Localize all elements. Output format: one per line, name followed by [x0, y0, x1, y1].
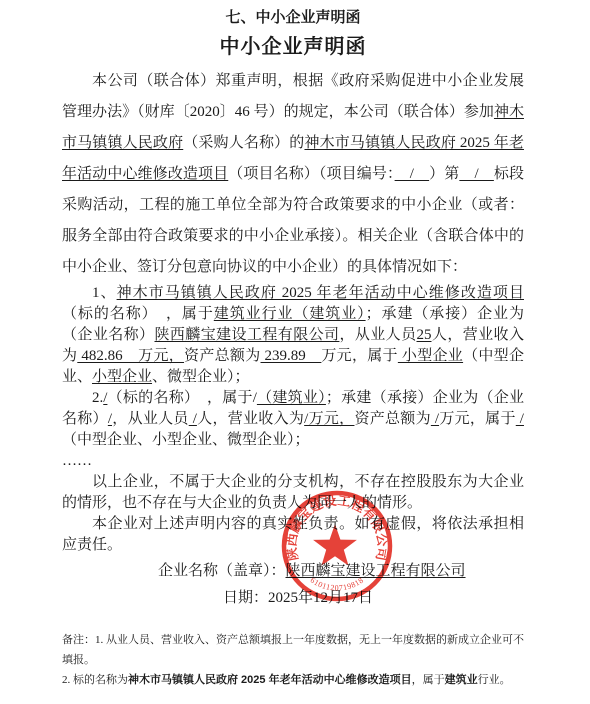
text-run: 备注：1. 从业人员、营业收入、资产总额填报上一年度数据，无上一年度数据的新成立…	[62, 634, 524, 666]
section-heading: 七、中小企业声明函	[62, 6, 524, 30]
paragraph: 以上企业，不属于大企业的分支机构，不存在控股股东为大企业的情形，也不存在与大企业…	[62, 472, 524, 514]
text-run: 482.86 万元，	[77, 348, 184, 364]
text-run: 万元，属于	[321, 348, 397, 364]
declaration-document-page: 七、中小企业声明函 中小企业声明函 本公司（联合体）郑重声明，根据《政府采购促进…	[0, 0, 590, 704]
text-run: （标的名称） ，属于/	[107, 390, 256, 406]
date-value: 日期：2025年12月17日	[223, 590, 373, 606]
text-run: ，从业人员	[339, 327, 416, 343]
text-run: 、微型企业）；	[152, 369, 250, 385]
text-run: /	[431, 411, 439, 427]
text-run: ，从业人员	[112, 411, 189, 427]
text-run: /	[189, 411, 197, 427]
text-run: （采购人名称）的	[183, 135, 304, 151]
text-run: 建筑业	[445, 674, 478, 686]
text-run: 小型企业	[398, 348, 463, 364]
date-line: 日期：2025年12月17日	[62, 586, 524, 610]
text-run: 25	[417, 327, 432, 343]
paragraph: 本企业对上述声明内容的真实性负责。如有虚假，将依法承担相应责任。	[62, 514, 524, 556]
document-body: 本公司（联合体）郑重声明，根据《政府采购促进中小企业发展管理办法》（财库〔202…	[62, 66, 524, 556]
text-run: ）第	[429, 166, 459, 182]
text-run: 本企业对上述声明内容的真实性负责。如有虚假，将依法承担相应责任。	[62, 516, 524, 553]
text-run: 2.	[92, 390, 103, 406]
signature-line: 企业名称（盖章）：陕西麟宝建设工程有限公司	[62, 559, 524, 583]
text-run: 资产总额为	[354, 411, 430, 427]
text-run: （标的名称） ，属于	[62, 306, 214, 322]
paragraph: 2./（标的名称） ，属于/（建筑业）；承建（承接）企业为（企业名称）/，从业人…	[62, 388, 524, 451]
text-run: /	[395, 166, 430, 182]
paragraph: 本公司（联合体）郑重声明，根据《政府采购促进中小企业发展管理办法》（财库〔202…	[62, 66, 524, 283]
paragraph: 备注：1. 从业人员、营业收入、资产总额填报上一年度数据，无上一年度数据的新成立…	[62, 630, 524, 670]
text-run: 陕西麟宝建设工程有限公司	[154, 327, 339, 343]
signature-company-name: 陕西麟宝建设工程有限公司	[286, 563, 466, 579]
notes: 备注：1. 从业人员、营业收入、资产总额填报上一年度数据，无上一年度数据的新成立…	[62, 630, 524, 690]
paragraph: 1、神木市马镇镇人民政府 2025 年老年活动中心维修改造项目（标的名称） ，属…	[62, 283, 524, 388]
text-run: （建筑业）	[257, 390, 326, 406]
paragraph: 2. 标的名称为神木市马镇镇人民政府 2025 年老年活动中心维修改造项目，属于…	[62, 670, 524, 690]
text-run: 神木市马镇镇人民政府 2025 年老年活动中心维修改造项目	[117, 285, 524, 301]
signature-label: 企业名称（盖章）：	[158, 563, 286, 579]
paragraph: ……	[62, 451, 524, 472]
text-run: 1、	[92, 285, 117, 301]
text-run: 资产总额为	[184, 348, 260, 364]
text-run: 以上企业，不属于大企业的分支机构，不存在控股股东为大企业的情形，也不存在与大企业…	[62, 474, 524, 511]
text-run: 建筑业行业（建筑业）	[214, 306, 366, 322]
text-run: 万元，属于	[439, 411, 516, 427]
page-title: 中小企业声明函	[62, 32, 524, 62]
text-run: ……	[62, 453, 92, 469]
text-run: 神木市马镇镇人民政府 2025 年老年活动中心维修改造项目	[128, 674, 412, 686]
text-run: 行业。	[478, 674, 511, 686]
text-run: 人，营业收入为	[197, 411, 304, 427]
text-run: /	[516, 411, 524, 427]
text-run: （项目名称）（项目编号：	[228, 166, 394, 182]
text-run: ，属于	[412, 674, 445, 686]
text-run: 标段采购活动，工程的施工单位全部为符合政策要求的中小企业（或者：服务全部由符合政…	[62, 166, 524, 275]
text-run: 小型企业	[92, 369, 152, 385]
document-content: 七、中小企业声明函 中小企业声明函 本公司（联合体）郑重声明，根据《政府采购促进…	[0, 0, 590, 690]
text-run: （中型企业、小型企业、微型企业）；	[62, 432, 310, 448]
text-run: /	[459, 166, 494, 182]
text-run: 2. 标的名称为	[62, 674, 128, 686]
text-run: /万元，	[304, 411, 354, 427]
text-run: 本公司（联合体）郑重声明，根据《政府采购促进中小企业发展管理办法》（财库〔202…	[62, 73, 524, 120]
text-run: 239.89	[261, 348, 322, 364]
